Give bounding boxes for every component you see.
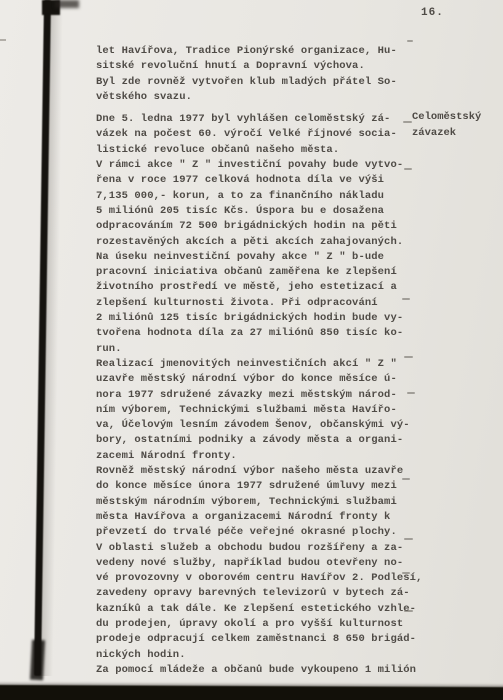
scan-artifact xyxy=(404,538,413,540)
binding-spine-bottom xyxy=(30,640,45,681)
text-line: nických hodin. xyxy=(96,648,422,663)
text-line: do konce měsíce února 1977 sdružené úmlu… xyxy=(96,479,422,494)
scan-artifact xyxy=(0,39,6,41)
text-line: nora 1977 sdružené závazky mezi městským… xyxy=(96,388,422,403)
paragraph-commitment: Dne 5. ledna 1977 byl vyhlášen celoměsts… xyxy=(96,112,422,678)
scan-artifact xyxy=(404,356,413,358)
text-line: Na úseku neinvestiční povahy akce " Z " … xyxy=(96,250,422,265)
text-line: větského svazu. xyxy=(96,90,422,105)
text-line: sitské revoluční hnutí a Dopravní výchov… xyxy=(96,59,422,74)
text-line: vé provozovny v oborovém centru Havířov … xyxy=(96,571,422,586)
paragraph-intro: let Havířova, Tradice Pionýrské organiza… xyxy=(96,44,422,105)
text-line: va, Účelovým lesním závodem Šenov, občan… xyxy=(96,418,422,433)
scan-artifact xyxy=(404,610,413,612)
text-line: města Havířova a organizacemi Národní fr… xyxy=(96,510,422,525)
text-line: 5 miliónů 205 tisíc Kčs. Úspora bu e dos… xyxy=(96,204,422,219)
text-line: Rovněž městský národní výbor našeho měst… xyxy=(96,464,422,479)
text-line: uzavře městský národní výbor do konce mě… xyxy=(96,372,422,387)
text-line: vedeny nové služby, například budou otev… xyxy=(96,556,422,571)
scanned-page: 16. Celoměstský závazek let Havířova, Tr… xyxy=(0,0,503,700)
text-line: prodeje odpracují celkem zaměstnanci 8 6… xyxy=(96,632,422,647)
text-line: zacemi Národní fronty. xyxy=(96,449,422,464)
scan-artifact xyxy=(403,121,412,123)
text-line: bory, ostatními podniky a závody města a… xyxy=(96,433,422,448)
scan-artifact xyxy=(402,298,410,300)
scan-artifact xyxy=(402,478,410,480)
text-line: Dne 5. ledna 1977 byl vyhlášen celoměsts… xyxy=(96,112,422,127)
text-line: ním výborem, Technickými službami města … xyxy=(96,403,422,418)
text-line: zavedeny opravy barevných televizorů v b… xyxy=(96,586,422,601)
text-line: Za pomocí mládeže a občanů bude vykoupen… xyxy=(96,663,422,678)
text-line: pracovní iniciativa občanů zaměřena ke z… xyxy=(96,265,422,280)
scan-artifact xyxy=(402,572,410,574)
text-line: 7,135 000,- korun, a to za finančního ná… xyxy=(96,189,422,204)
text-line: městským národním výborem, Technickými s… xyxy=(96,495,422,510)
binding-spine-smudge xyxy=(55,0,79,8)
text-line: rozestavěných akcích a pěti akcích zahaj… xyxy=(96,235,422,250)
text-line: odpracováním 72 500 brigádnických hodin … xyxy=(96,219,422,234)
text-line: řena v roce 1977 celková hodnota díla ve… xyxy=(96,173,422,188)
text-line: vázek na počest 60. výročí Velké říjnové… xyxy=(96,127,422,142)
text-line: listické revoluce občanů našeho města. xyxy=(96,143,422,158)
text-line: převzetí do trvalé péče veřejné okrasné … xyxy=(96,525,422,540)
text-line: životního prostředí ve městě, jeho estet… xyxy=(96,280,422,295)
body-text: let Havířova, Tradice Pionýrské organiza… xyxy=(96,44,422,678)
page-number: 16. xyxy=(421,7,444,19)
scan-artifact xyxy=(407,392,415,394)
scan-edge-bottom xyxy=(0,685,503,700)
scan-artifact xyxy=(404,168,412,170)
text-line: let Havířova, Tradice Pionýrské organiza… xyxy=(96,44,422,59)
text-line: Realizací jmenovitých neinvestičních akc… xyxy=(96,357,422,372)
text-line: run. xyxy=(96,342,422,357)
text-line: tvořena hodnota díla za 27 miliónů 850 t… xyxy=(96,326,422,341)
text-line: Byl zde rovněž vytvořen klub mladých přá… xyxy=(96,75,422,90)
text-line: 2 miliónů 125 tisíc brigádnických hodin … xyxy=(96,311,422,326)
text-line: kazníků a tak dále. Ke zlepšení estetick… xyxy=(96,602,422,617)
text-line: V oblasti služeb a obchodu budou rozšíře… xyxy=(96,541,422,556)
text-line: V rámci akce " Z " investiční povahy bud… xyxy=(96,158,422,173)
scan-artifact xyxy=(407,40,413,42)
text-line: du prodejen, úpravy okolí a pro vyšší ku… xyxy=(96,617,422,632)
text-line: zlepšení kulturnosti života. Při odpraco… xyxy=(96,296,422,311)
